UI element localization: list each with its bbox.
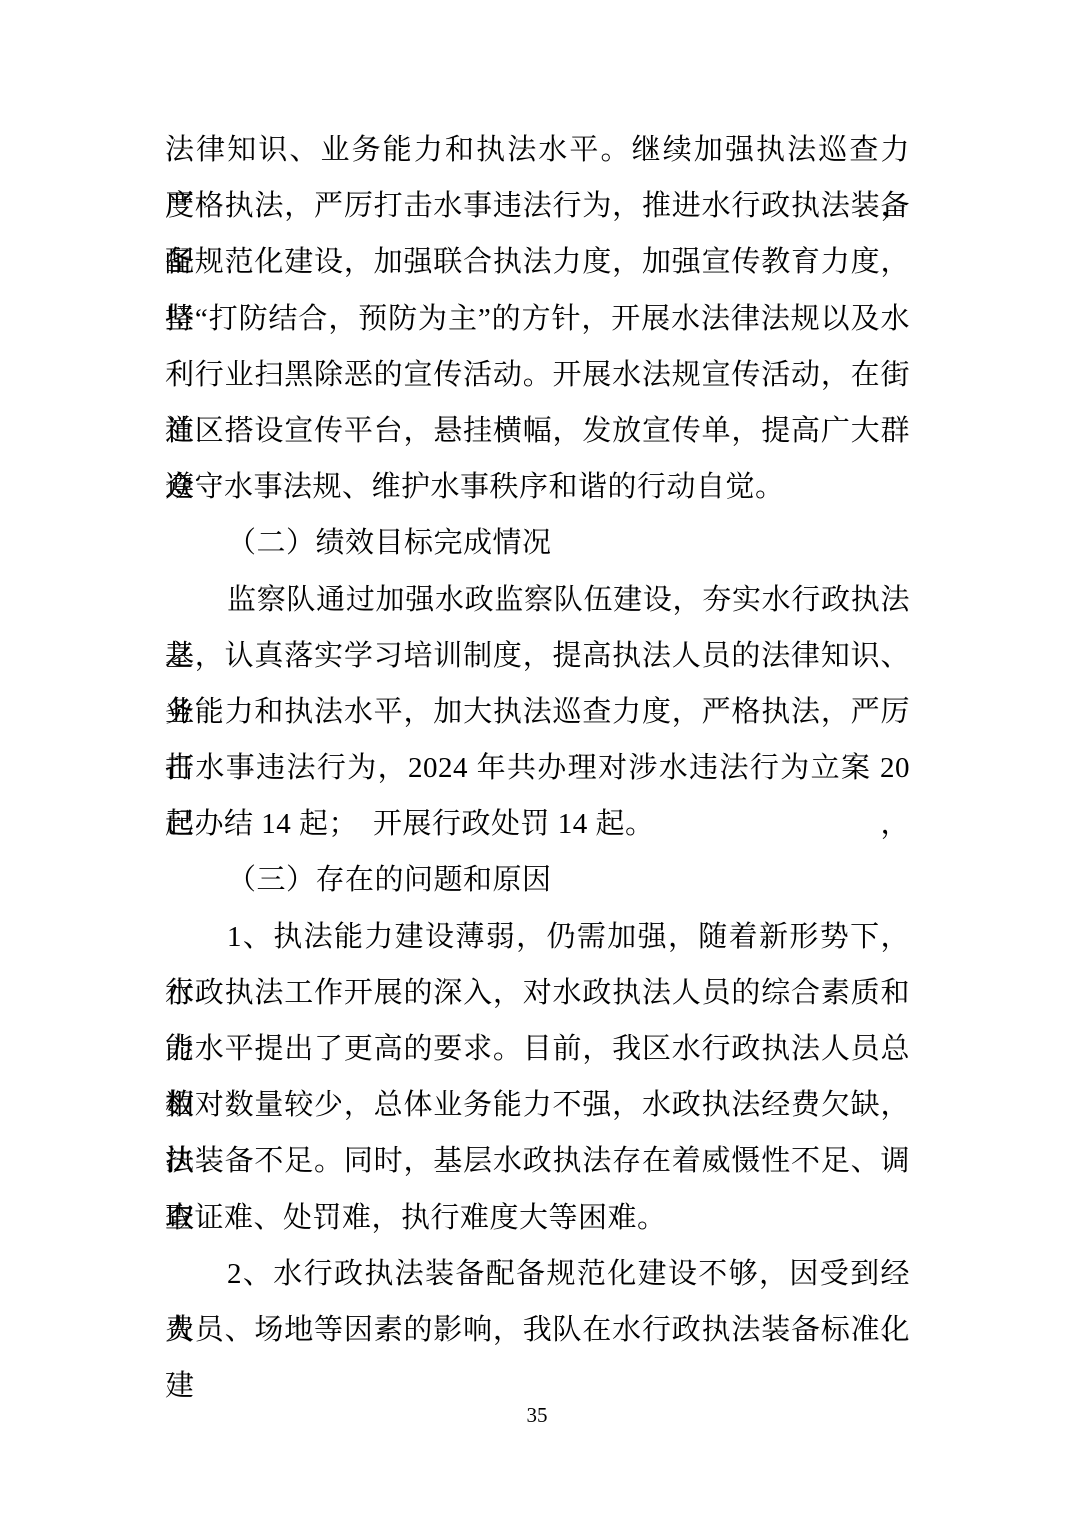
text-line: 1、执法能力建设薄弱，仍需加强，随着新形势下，水: [165, 909, 910, 965]
section-heading: （二）绩效目标完成情况: [165, 515, 910, 571]
text-line: 利行业扫黑除恶的宣传活动。开展水法规宣传活动，在街道: [165, 347, 910, 403]
text-line: 社区搭设宣传平台，悬挂横幅，发放宣传单，提高广大群众: [165, 403, 910, 459]
text-line: 法律知识、业务能力和执法水平。继续加强执法巡查力度，: [165, 122, 910, 178]
text-line: 基，认真落实学习培训制度，提高执法人员的法律知识、业: [165, 628, 910, 684]
text-line: 力水平提出了更高的要求。目前，我区水行政执法人员总数: [165, 1021, 910, 1077]
text-line: 备规范化建设，加强联合执法力度，加强宣传教育力度，坚: [165, 234, 910, 290]
text-line: 击水事违法行为，2024 年共办理对涉水违法行为立案 20 起，: [165, 740, 910, 796]
section-heading: （三）存在的问题和原因: [165, 852, 910, 908]
text-line: 行政执法工作开展的深入，对水政执法人员的综合素质和能: [165, 965, 910, 1021]
text-line: 严格执法，严厉打击水事违法行为，推进水行政执法装备配: [165, 178, 910, 234]
document-page: 法律知识、业务能力和执法水平。继续加强执法巡查力度， 严格执法，严厉打击水事违法…: [0, 0, 1074, 1520]
text-line: 遵守水事法规、维护水事秩序和谐的行动自觉。: [165, 459, 910, 515]
page-number: 35: [0, 1402, 1074, 1428]
text-line: 务能力和执法水平，加大执法巡查力度，严格执法，严厉打: [165, 684, 910, 740]
text-line: 监察队通过加强水政监察队伍建设，夯实水行政执法之: [165, 572, 910, 628]
text-line: 取证难、处罚难，执行难度大等困难。: [165, 1190, 910, 1246]
text-line: 2、水行政执法装备配备规范化建设不够，因受到经费、: [165, 1246, 910, 1302]
text-line: 法装备不足。同时，基层水政执法存在着威慑性不足、调查: [165, 1133, 910, 1189]
text-line: 人员、场地等因素的影响，我队在水行政执法装备标准化建: [165, 1302, 910, 1358]
document-body: 法律知识、业务能力和执法水平。继续加强执法巡查力度， 严格执法，严厉打击水事违法…: [165, 122, 910, 1358]
text-line: 相对数量较少，总体业务能力不强，水政执法经费欠缺，执: [165, 1077, 910, 1133]
text-line: 持“打防结合，预防为主”的方针，开展水法律法规以及水: [165, 291, 910, 347]
